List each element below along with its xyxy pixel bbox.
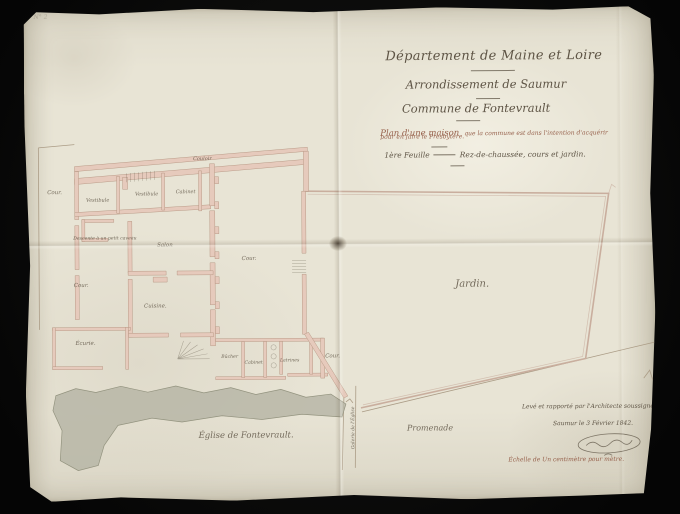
divider-rule [476, 98, 500, 99]
plan-label: Promenade [407, 424, 453, 433]
plan-label: Écurie. [76, 340, 96, 346]
plan-label: Cuisine. [144, 303, 167, 309]
plan-label: Cour. [325, 353, 340, 359]
sheet-line: 1ère FeuilleRez-de-chaussée, cours et ja… [384, 149, 585, 159]
plan-label: Descente à un petit caveau [73, 236, 136, 241]
title-department: Département de Maine et Loire [385, 48, 602, 64]
scan-background: N° 2 [0, 0, 680, 514]
divider-rule [431, 146, 447, 147]
signature-attribution: Levé et rapporté par l'Architecte soussi… [522, 403, 656, 411]
plan-label: Galerie de l'Église [350, 407, 355, 450]
plan-label: Église de Fontevrault. [199, 431, 294, 441]
divider-rule [450, 165, 464, 166]
scale-note: Échelle de Un centimètre pour mètre. [508, 456, 624, 464]
document-paper: N° 2 [24, 6, 657, 502]
plan-label: Bûcher [221, 354, 238, 359]
plan-label: Cour. [242, 255, 257, 261]
plan-label: Cour. [74, 283, 89, 289]
plan-label: Salon [157, 242, 173, 248]
separator-dash [434, 154, 456, 155]
plan-label: Cabinet [176, 189, 196, 195]
title-commune: Commune de Fontevrault [402, 101, 550, 116]
plan-label: Latrines [280, 358, 299, 363]
title-arrondissement: Arrondissement de Saumur [406, 77, 567, 92]
plan-label: Cour. [47, 190, 62, 196]
plan-label: Jardin. [455, 279, 489, 290]
sheet-contents: Rez-de-chaussée, cours et jardin. [460, 149, 586, 159]
plan-description-line2: pour en faire le Presbytère. [380, 133, 464, 141]
sheet-number: 1ère Feuille [384, 150, 429, 159]
signature-place-date: Saumur le 3 Février 1842. [553, 420, 633, 427]
plan-label: Vestibule [135, 191, 158, 197]
plan-title-detail-text: que la commune est dans l'intention d'ac… [464, 129, 608, 137]
plan-label: Couloir [193, 156, 212, 162]
plan-label: Cabinet [245, 360, 263, 365]
plan-label: Vestibule [86, 198, 109, 204]
